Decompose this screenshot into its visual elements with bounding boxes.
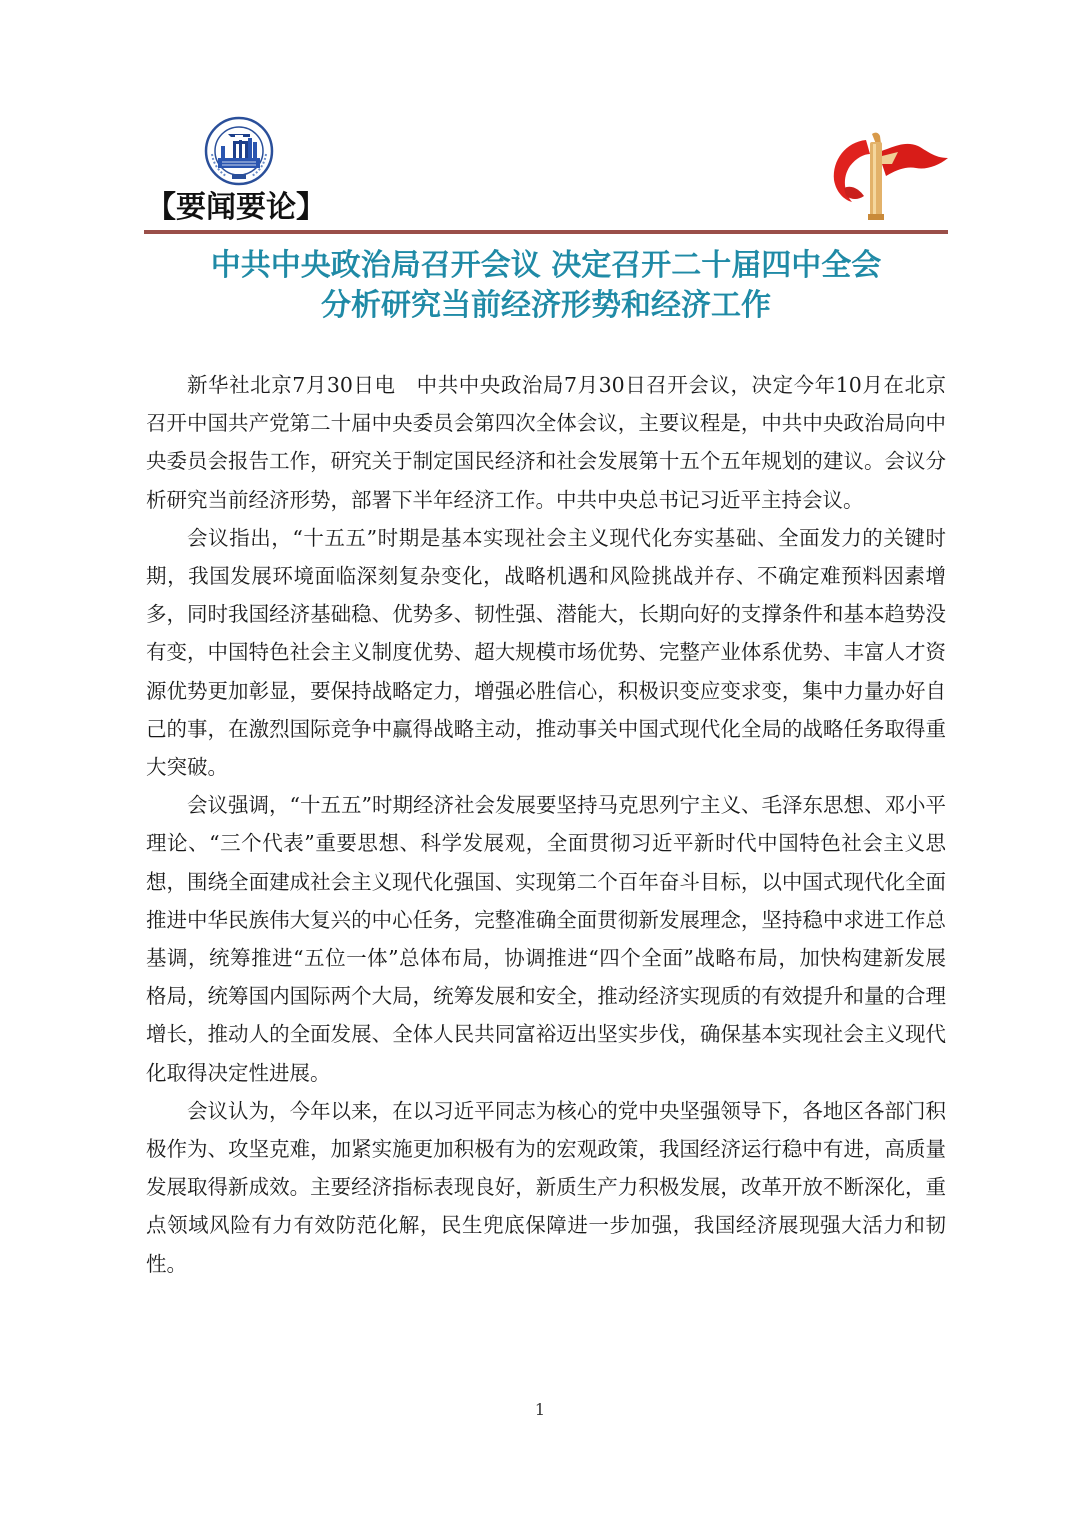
page-number: 1 — [0, 1400, 1080, 1419]
article-paragraph: 新华社北京7月30日电 中共中央政治局7月30日召开会议，决定今年10月在北京召… — [146, 366, 946, 519]
article-title-line-2: 分析研究当前经济形势和经济工作 — [144, 286, 948, 326]
header-divider — [144, 230, 948, 234]
section-tag: 【要闻要论】 — [146, 188, 326, 228]
red-flag-emblem-icon — [826, 130, 950, 225]
document-page: 【要闻要论】 中共中央政治局召开会议 决定召开二十届四中全会 分析研究当前经济形… — [0, 0, 1080, 1527]
article-paragraph: 会议认为，今年以来，在以习近平同志为核心的党中央坚强领导下，各地区各部门积极作为… — [146, 1092, 946, 1283]
organization-logo-icon — [204, 116, 274, 186]
article-title: 中共中央政治局召开会议 决定召开二十届四中全会 分析研究当前经济形势和经济工作 — [144, 246, 948, 326]
article-paragraph: 会议指出，“十五五”时期是基本实现社会主义现代化夯实基础、全面发力的关键时期，我… — [146, 519, 946, 786]
article-body: 新华社北京7月30日电 中共中央政治局7月30日召开会议，决定今年10月在北京召… — [146, 366, 946, 1283]
article-title-line-1: 中共中央政治局召开会议 决定召开二十届四中全会 — [144, 246, 948, 286]
article-paragraph: 会议强调，“十五五”时期经济社会发展要坚持马克思列宁主义、毛泽东思想、邓小平理论… — [146, 786, 946, 1092]
